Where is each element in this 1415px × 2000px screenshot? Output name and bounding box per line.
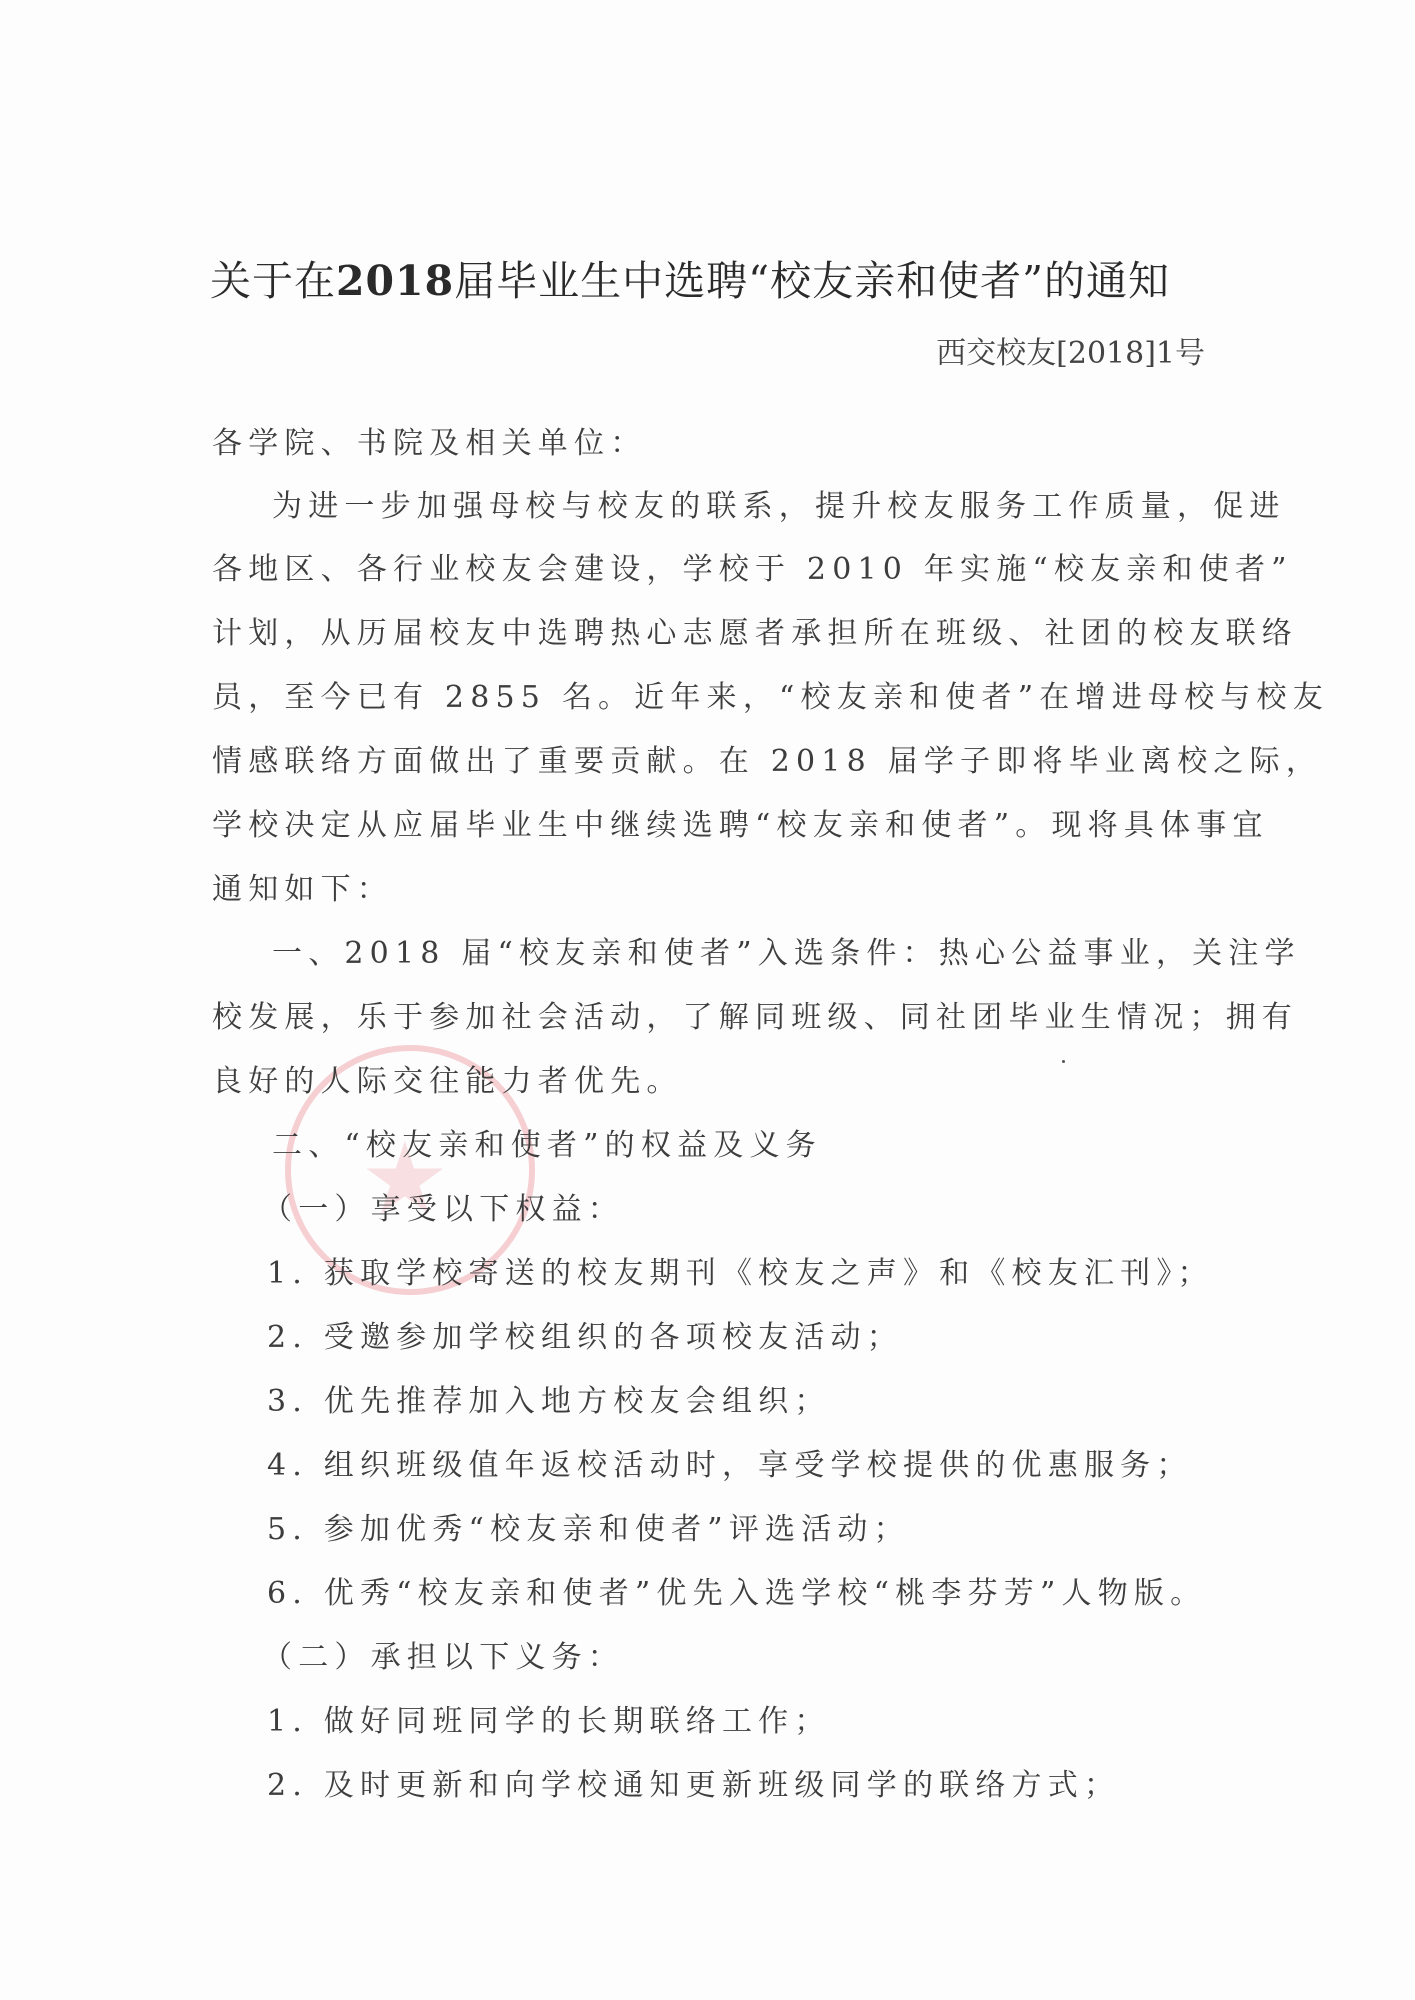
body-line: 各地区、各行业校友会建设，学校于 2010 年实施“校友亲和使者” bbox=[212, 544, 1293, 588]
body-line: 5. 参加优秀“校友亲和使者”评选活动； bbox=[267, 1504, 910, 1548]
scan-speck bbox=[1062, 1060, 1065, 1063]
body-line: 2. 及时更新和向学校通知更新班级同学的联络方式； bbox=[267, 1760, 1120, 1804]
body-line: 一、2018 届“校友亲和使者”入选条件：热心公益事业，关注学 bbox=[272, 928, 1301, 972]
body-line: 通知如下： bbox=[212, 864, 393, 908]
body-line: 二、“校友亲和使者”的权益及义务 bbox=[272, 1120, 822, 1164]
body-line: 情感联络方面做出了重要贡献。在 2018 届学子即将毕业离校之际， bbox=[212, 736, 1322, 780]
body-line: 2. 受邀参加学校组织的各项校友活动； bbox=[267, 1312, 903, 1356]
document-number: 西交校友[2018]1号 bbox=[936, 328, 1205, 372]
body-line: 校发展，乐于参加社会活动，了解同班级、同社团毕业生情况；拥有 bbox=[212, 992, 1298, 1036]
title-prefix: 关于在 bbox=[210, 257, 336, 305]
body-line: 良好的人际交往能力者优先。 bbox=[212, 1056, 683, 1100]
document-page: 关于在2018届毕业生中选聘“校友亲和使者”的通知 西交校友[2018]1号 ★… bbox=[0, 0, 1415, 2000]
body-line: 6. 优秀“校友亲和使者”优先入选学校“桃李芬芳”人物版。 bbox=[267, 1568, 1206, 1612]
document-title: 关于在2018届毕业生中选聘“校友亲和使者”的通知 bbox=[210, 248, 1210, 307]
body-line: 3. 优先推荐加入地方校友会组织； bbox=[267, 1376, 831, 1420]
body-line: 1. 获取学校寄送的校友期刊《校友之声》和《校友汇刊》； bbox=[267, 1248, 1214, 1292]
body-line: 为进一步加强母校与校友的联系，提升校友服务工作质量，促进 bbox=[272, 481, 1286, 525]
title-year: 2018 bbox=[336, 257, 454, 305]
body-line: （二）承担以下义务： bbox=[262, 1632, 624, 1676]
body-line: 学校决定从应届毕业生中继续选聘“校友亲和使者”。现将具体事宜 bbox=[212, 800, 1269, 844]
body-line: 1. 做好同班同学的长期联络工作； bbox=[267, 1696, 831, 1740]
body-line: 各学院、书院及相关单位： bbox=[212, 418, 646, 462]
body-line: （一）享受以下权益： bbox=[262, 1184, 624, 1228]
body-line: 4. 组织班级值年返校活动时，享受学校提供的优惠服务； bbox=[267, 1440, 1193, 1484]
title-suffix: 届毕业生中选聘“校友亲和使者”的通知 bbox=[454, 257, 1170, 305]
body-line: 员，至今已有 2855 名。近年来，“校友亲和使者”在增进母校与校友 bbox=[212, 672, 1329, 716]
body-line: 计划，从历届校友中选聘热心志愿者承担所在班级、社团的校友联络 bbox=[212, 608, 1298, 652]
